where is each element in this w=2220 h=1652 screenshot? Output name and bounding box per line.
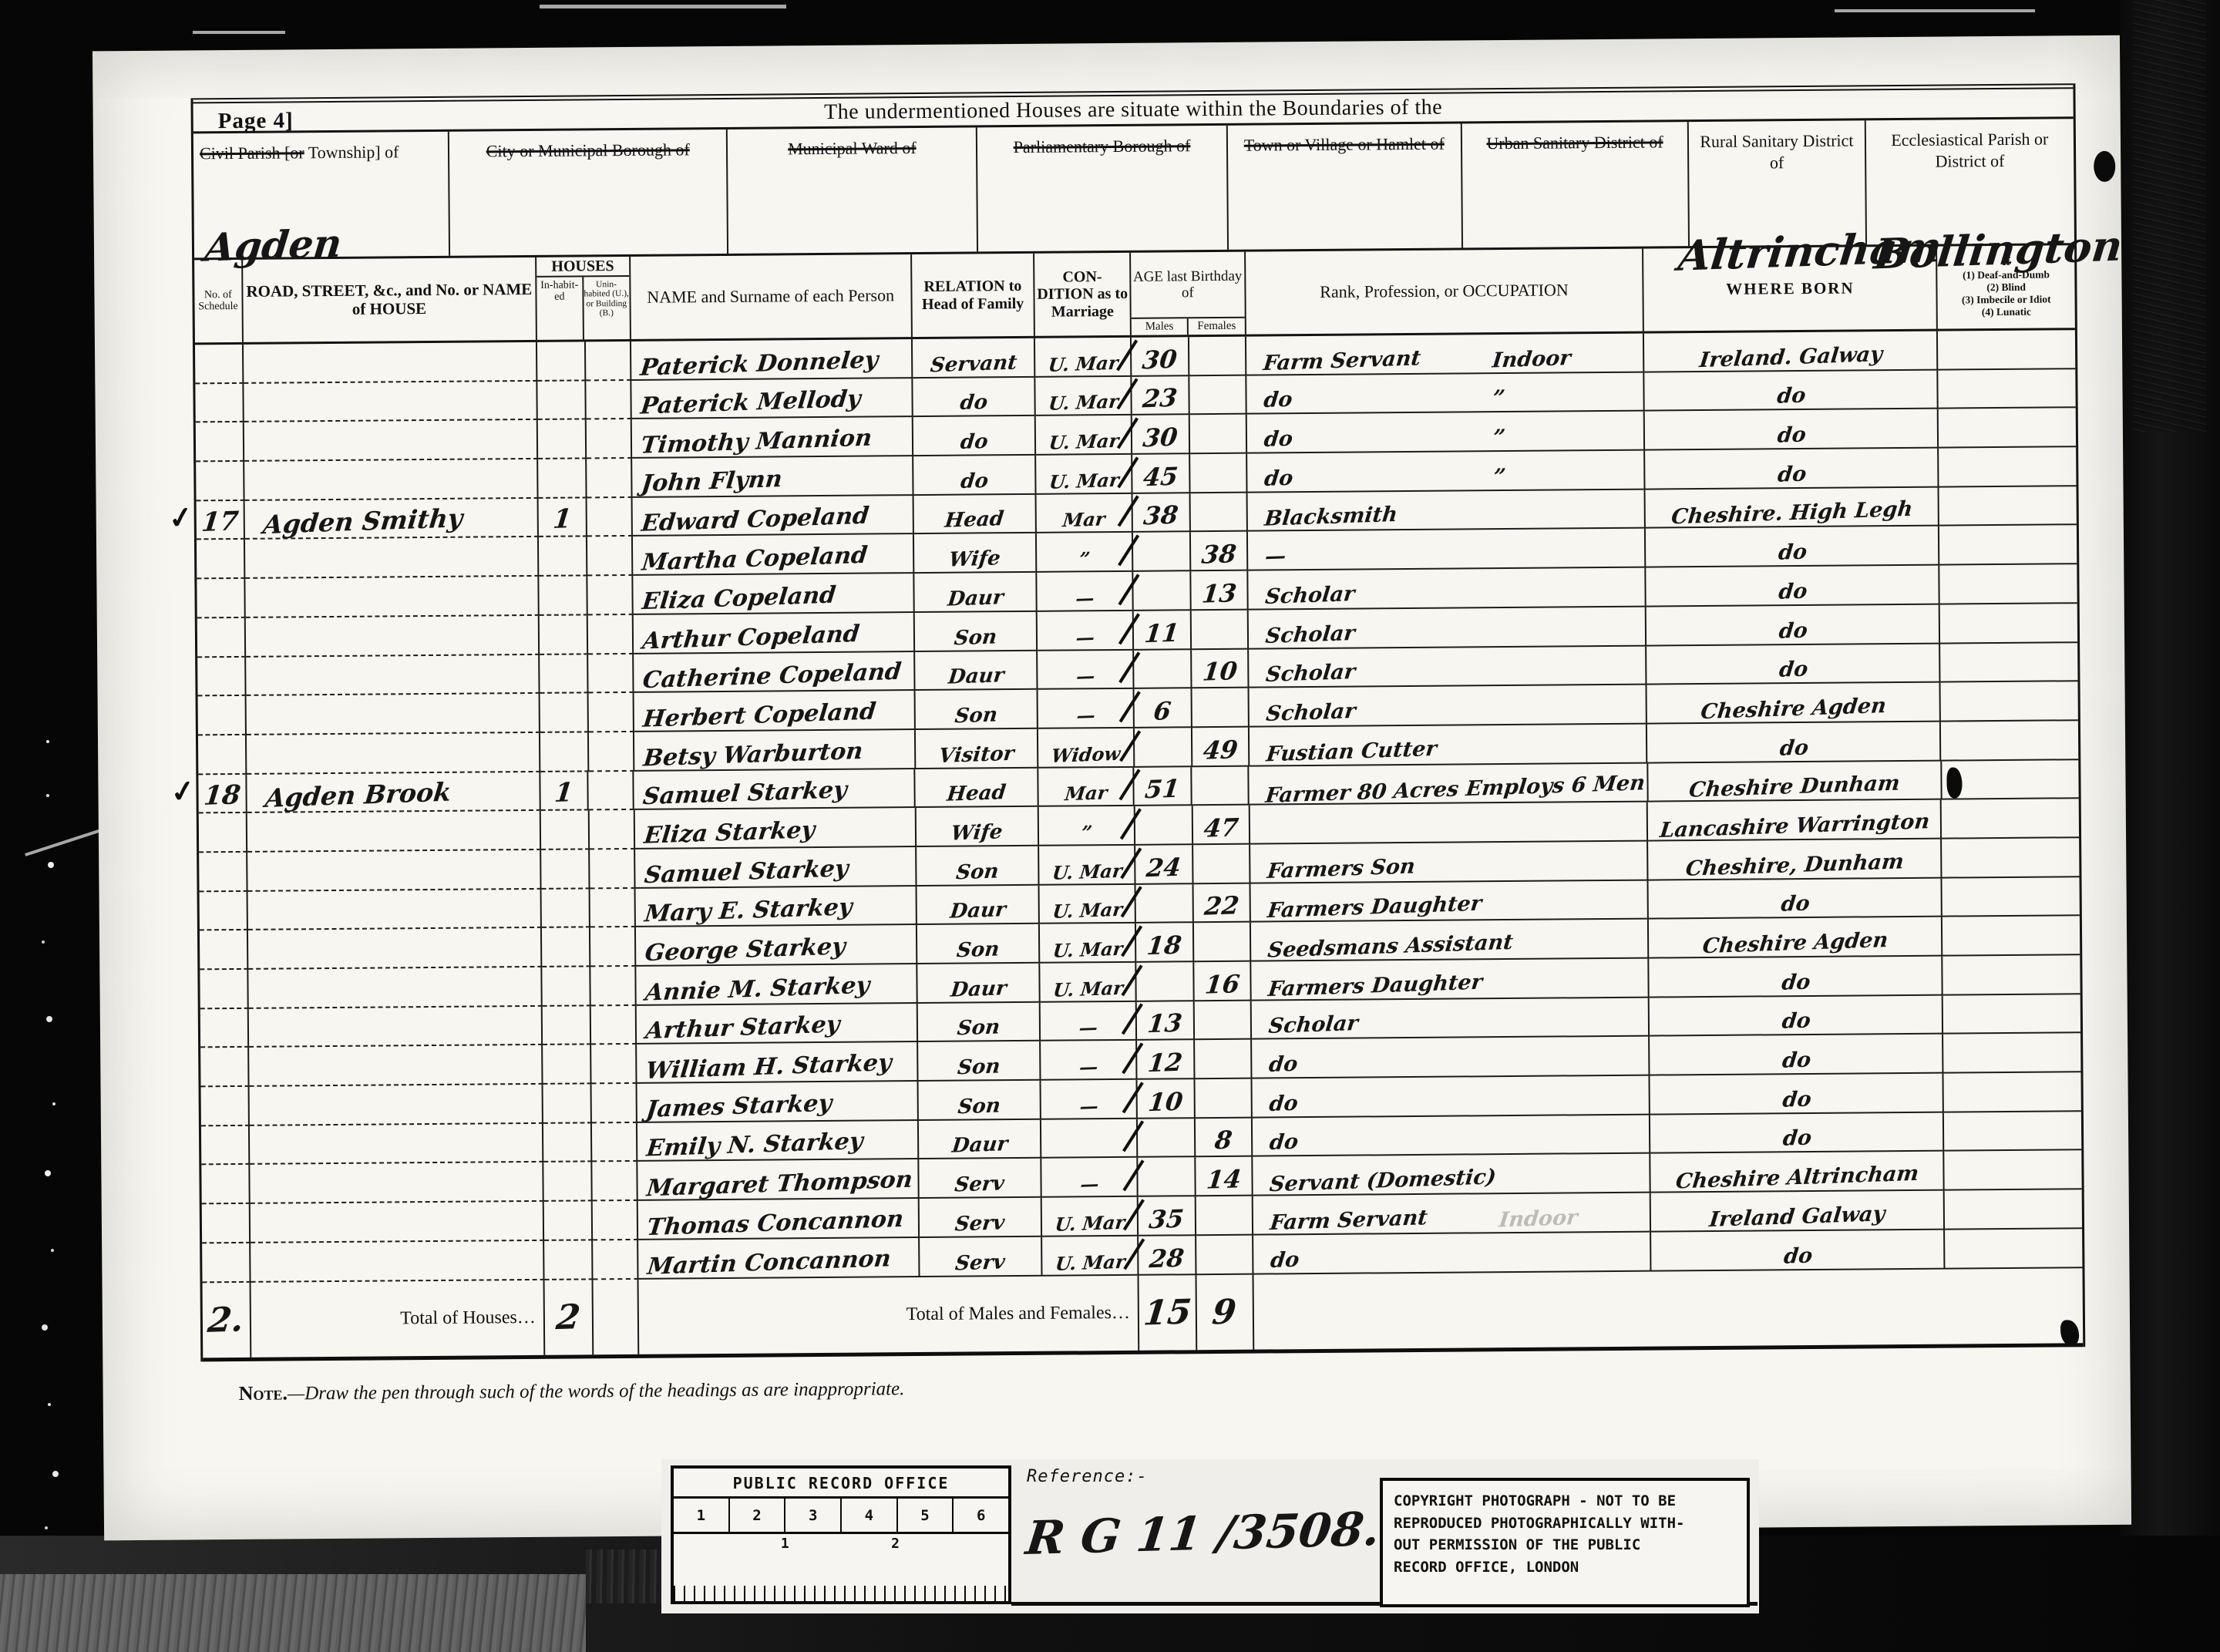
- condition-value: ”: [1080, 821, 1093, 843]
- road-cell: [246, 616, 540, 658]
- person-name: Samuel Starkey: [643, 855, 849, 889]
- occupation-cell: do ”: [1247, 451, 1646, 493]
- age-male-cell: [1136, 962, 1194, 1001]
- born-cell: do: [1646, 527, 1939, 568]
- condition-cell: ”: [1039, 806, 1135, 846]
- age-female-value: 8: [1213, 1125, 1233, 1156]
- person-name: William H. Starkey: [644, 1049, 893, 1085]
- age-male-cell: 10: [1138, 1079, 1196, 1119]
- age-male-cell: 11: [1134, 611, 1192, 650]
- disability-cell: [1939, 526, 2077, 566]
- pro-stamp-inch-scale: 1 2: [674, 1534, 1008, 1601]
- name-cell: Samuel Starkey: [634, 769, 916, 811]
- person-name: Thomas Concannon: [645, 1206, 904, 1241]
- scan-texture-bottom-left: [0, 1574, 586, 1652]
- total-houses-label: Total of Houses…: [400, 1307, 536, 1328]
- condition-value: U. Mar: [1051, 976, 1124, 1001]
- uninhabited-cell: [591, 1084, 637, 1123]
- age-male-value: 10: [1147, 1087, 1185, 1118]
- district-header-row: Civil Parish [or Township] of Agden City…: [193, 119, 2074, 260]
- relation-value: Son: [957, 1055, 1001, 1080]
- birthplace-value: Cheshire Agden: [1701, 928, 1889, 958]
- relation-cell: Serv: [919, 1198, 1042, 1238]
- condition-value: —: [1078, 1055, 1098, 1078]
- scanned-census-page: Page 4] The undermentioned Houses are si…: [0, 0, 2220, 1652]
- birthplace-value: Cheshire, Dunham: [1684, 850, 1905, 881]
- birthplace-value: do: [1780, 970, 1811, 994]
- urban-sanitary-cell: Urban Sanitary District of: [1462, 122, 1690, 247]
- age-female-cell: 38: [1191, 532, 1248, 571]
- census-rows: ✓ Paterick Donneley Servant U. Mar 30 Fa…: [195, 330, 2082, 1283]
- disability-cell: [1939, 409, 2076, 449]
- condition-value: U. Mar: [1051, 859, 1123, 883]
- schedule-number: 17: [200, 506, 240, 539]
- name-cell: Mary E. Starkey: [635, 887, 917, 928]
- age-male-cell: 6: [1135, 688, 1192, 728]
- col-age-title: AGE last Birthday of: [1131, 252, 1244, 318]
- relation-value: do: [960, 469, 990, 493]
- total-males-value: 15: [1142, 1292, 1193, 1333]
- person-name: Martin Concannon: [646, 1245, 893, 1280]
- schedule-cell: ✓: [197, 657, 246, 696]
- uninhabited-cell: [593, 1240, 638, 1280]
- inhabited-cell: [540, 694, 588, 733]
- road-cell: [251, 1202, 544, 1243]
- condition-value: —: [1075, 587, 1095, 610]
- name-cell: John Flynn: [632, 456, 913, 498]
- scale-number: 5: [898, 1499, 954, 1532]
- person-name: Arthur Starkey: [644, 1011, 840, 1045]
- disability-cell: [1942, 917, 2080, 957]
- scale-number: 3: [785, 1499, 842, 1532]
- road-cell: [250, 1124, 543, 1166]
- disability-cell: [1939, 486, 2077, 527]
- born-cell: do: [1652, 1230, 1946, 1271]
- age-male-cell: [1136, 884, 1194, 924]
- total-males-females-label: Total of Males and Females…: [906, 1302, 1130, 1324]
- uninhabited-cell: [588, 615, 634, 654]
- occupation-value: do: [1268, 1130, 1299, 1155]
- road-cell: [248, 967, 542, 1009]
- uninhabited-cell: [590, 810, 635, 850]
- name-cell: Margaret Thompson: [637, 1159, 919, 1201]
- condition-cell: ”: [1037, 533, 1133, 573]
- age-female-cell: [1192, 766, 1249, 806]
- age-male-cell: [1138, 1119, 1196, 1158]
- name-cell: Betsy Warburton: [634, 730, 916, 772]
- occupation-cell: Scholar: [1248, 607, 1646, 649]
- occupation-cell: Servant (Domestic): [1253, 1154, 1651, 1196]
- relation-value: Daur: [949, 977, 1007, 1001]
- person-name: Catherine Copeland: [641, 658, 903, 694]
- uninhabited-cell: [591, 1045, 637, 1084]
- occupation-cell: Fustian Cutter: [1250, 724, 1648, 766]
- relation-value: Serv: [954, 1172, 1006, 1196]
- relation-cell: Serv: [920, 1237, 1043, 1277]
- occupation-value: Scholar: [1264, 621, 1356, 648]
- scale-number: 4: [842, 1499, 898, 1532]
- occupation-cell: do: [1253, 1232, 1652, 1274]
- name-cell: George Starkey: [636, 925, 917, 967]
- born-cell: do: [1647, 644, 1941, 685]
- name-cell: Samuel Starkey: [635, 847, 917, 889]
- uninhabited-cell: [588, 654, 634, 693]
- birthplace-value: Cheshire Agden: [1700, 694, 1888, 724]
- inhabited-cell: [537, 342, 586, 381]
- relation-cell: Head: [913, 495, 1037, 535]
- occupation-cell: Scholar: [1249, 685, 1647, 728]
- scale-number: 2: [730, 1499, 786, 1532]
- occupation-value: Scholar: [1265, 699, 1357, 726]
- schedule-cell: ✓ 17: [197, 501, 245, 540]
- pro-stamp-title: PUBLIC RECORD OFFICE: [674, 1469, 1008, 1499]
- relation-cell: Wife: [914, 533, 1038, 574]
- inhabited-cell: 1: [540, 772, 589, 811]
- road-cell: [245, 577, 539, 618]
- scan-scratch: [25, 827, 106, 856]
- disability-cell: [1944, 1072, 2081, 1112]
- disability-cell: [1944, 1034, 2081, 1074]
- condition-value: U. Mar: [1047, 351, 1119, 375]
- age-male-value: 23: [1142, 383, 1179, 414]
- scan-streak: [540, 5, 786, 8]
- age-male-cell: [1138, 1158, 1196, 1197]
- inhabited-count: 1: [551, 504, 573, 536]
- uninhabited-cell: [588, 693, 634, 732]
- uninhabited-cell: [592, 1162, 637, 1201]
- disability-cell: [1941, 643, 2078, 683]
- born-cell: Cheshire Altrincham: [1651, 1152, 1945, 1193]
- relation-value: Daur: [947, 664, 1004, 688]
- born-cell: do: [1647, 722, 1941, 763]
- condition-cell: —: [1038, 572, 1134, 612]
- condition-cell: U. Mar: [1036, 416, 1132, 456]
- disability-cell: [1941, 681, 2078, 722]
- age-male-cell: 28: [1139, 1236, 1196, 1275]
- age-male-cell: 38: [1133, 493, 1191, 533]
- inhabited-cell: [539, 577, 587, 616]
- birthplace-value: Cheshire Dunham: [1687, 772, 1901, 802]
- occupation-cell: Farm Servant Indoor: [1246, 334, 1645, 376]
- occupation-value: Fustian Cutter: [1265, 736, 1438, 766]
- relation-cell: Wife: [916, 807, 1039, 847]
- age-female-cell: 22: [1193, 883, 1250, 923]
- age-female-cell: [1192, 688, 1249, 728]
- age-male-cell: 45: [1132, 454, 1190, 493]
- disability-cell: [1944, 1112, 2081, 1152]
- inhabited-count: 1: [553, 777, 575, 809]
- uninhabited-cell: [591, 1006, 637, 1045]
- condition-value: Mar: [1061, 508, 1106, 532]
- age-male-value: 18: [1145, 930, 1183, 961]
- age-female-cell: [1190, 493, 1247, 532]
- occupation-secondary: Indoor: [1491, 346, 1572, 372]
- col-disability-line4: (4) Lunatic: [1982, 306, 2031, 319]
- occupation-cell: [1250, 802, 1648, 845]
- relation-cell: Daur: [919, 1120, 1042, 1160]
- schedule-cell: ✓: [202, 1204, 251, 1243]
- birthplace-value: do: [1778, 735, 1809, 760]
- occupation-value: do: [1263, 427, 1293, 452]
- schedule-cell: ✓: [201, 1126, 250, 1166]
- inhabited-cell: [539, 537, 587, 577]
- inhabited-cell: [542, 928, 590, 967]
- name-cell: Timothy Mannion: [631, 417, 913, 459]
- relation-cell: Son: [917, 846, 1040, 887]
- relation-cell: Daur: [917, 964, 1041, 1004]
- schedule-cell: ✓: [197, 618, 246, 658]
- birthplace-value: do: [1776, 423, 1807, 448]
- born-cell: do: [1650, 957, 1943, 998]
- disability-cell: [1942, 799, 2079, 839]
- born-cell: Cheshire Dunham: [1648, 761, 1942, 802]
- born-cell: Ireland. Galway: [1644, 331, 1938, 373]
- age-female-cell: [1190, 415, 1247, 454]
- disability-cell: [1945, 1151, 2082, 1191]
- disability-cell: [1941, 721, 2078, 761]
- uninhabited-cell: [586, 381, 631, 420]
- occupation-cell: Blacksmith: [1247, 490, 1646, 532]
- birthplace-value: do: [1777, 540, 1808, 565]
- born-cell: Cheshire, Dunham: [1649, 839, 1942, 881]
- age-male-cell: 30: [1132, 416, 1190, 455]
- disability-cell: [1945, 1189, 2082, 1230]
- total-houses-value-cell: 2: [544, 1280, 594, 1354]
- age-male-value: 30: [1142, 422, 1179, 453]
- municipal-ward-cell: Municipal Ward of: [728, 127, 978, 254]
- totals-row: 2. Total of Houses… 2 Total of Males and…: [203, 1268, 2084, 1361]
- age-female-cell: 49: [1192, 728, 1250, 767]
- condition-cell: —: [1042, 1158, 1139, 1198]
- relation-cell: Head: [915, 768, 1038, 808]
- relation-cell: Daur: [915, 651, 1038, 691]
- relation-cell: do: [913, 416, 1036, 456]
- born-cell: do: [1650, 1035, 1944, 1076]
- age-female-value: 22: [1202, 890, 1240, 921]
- age-female-cell: [1194, 923, 1251, 962]
- road-cell: [248, 928, 542, 970]
- relation-value: Son: [957, 1094, 1001, 1119]
- born-cell: Cheshire. High Legh: [1646, 487, 1939, 529]
- age-male-cell: 12: [1137, 1041, 1195, 1080]
- road-cell: [251, 1241, 544, 1283]
- road-cell: [244, 342, 537, 384]
- schedule-cell: ✓: [200, 970, 248, 1009]
- birthplace-value: Lancashire Warrington: [1658, 809, 1930, 843]
- age-female-cell: 13: [1191, 571, 1248, 611]
- relation-value: Wife: [948, 547, 1002, 571]
- born-cell: do: [1649, 878, 1942, 920]
- inhabited-cell: [540, 732, 589, 772]
- footnote-text: —Draw the pen through such of the words …: [288, 1378, 905, 1404]
- condition-cell: —: [1038, 611, 1134, 651]
- condition-value: —: [1075, 665, 1096, 688]
- name-cell: Catherine Copeland: [634, 652, 915, 694]
- road-cell: [249, 1085, 543, 1126]
- person-name: Mary E. Starkey: [643, 894, 853, 928]
- copyright-line: COPYRIGHT PHOTOGRAPH - NOT TO BE: [1394, 1490, 1736, 1512]
- person-name: Eliza Copeland: [641, 581, 837, 615]
- relation-value: Head: [944, 508, 1006, 533]
- rural-sanitary-cell: Rural Sanitary District of Altrincham: [1689, 120, 1867, 246]
- uninhabited-cell: [592, 1123, 637, 1162]
- occupation-cell: do ”: [1246, 412, 1645, 454]
- condition-value: Widow: [1051, 742, 1122, 766]
- age-female-cell: [1190, 454, 1247, 493]
- disability-cell: [1943, 955, 2080, 995]
- road-cell: [245, 537, 539, 579]
- col-inhabited: In-habit-ed: [536, 278, 584, 340]
- uninhabited-cell: [587, 576, 633, 615]
- occupation-cell: Farmers Daughter: [1251, 959, 1650, 1001]
- age-female-value: 16: [1203, 969, 1241, 1000]
- uninhabited-cell: [590, 889, 635, 928]
- schedule-cell: ✓: [199, 813, 247, 853]
- disability-cell: [1939, 369, 2076, 409]
- name-cell: Eliza Starkey: [634, 808, 916, 850]
- uninhabited-cell: [589, 771, 634, 810]
- occupation-value: Scholar: [1264, 660, 1356, 687]
- footnote-prefix: Note.: [239, 1381, 288, 1404]
- disability-cell: [1942, 877, 2080, 917]
- age-female-cell: 10: [1192, 649, 1249, 688]
- born-cell: Ireland Galway: [1651, 1191, 1945, 1233]
- col-age: AGE last Birthday of Males Females: [1131, 252, 1246, 335]
- birthplace-value: do: [1781, 1009, 1811, 1034]
- road-cell: Agden Brook: [247, 772, 540, 813]
- condition-value: U. Mar: [1054, 1211, 1126, 1236]
- copyright-line: OUT PERMISSION OF THE PUBLIC: [1394, 1534, 1736, 1556]
- condition-cell: [1041, 1119, 1138, 1159]
- uninhabited-cell: [586, 342, 631, 381]
- relation-cell: Daur: [917, 885, 1040, 925]
- age-male-value: 24: [1145, 852, 1182, 883]
- birthplace-value: Ireland. Galway: [1698, 342, 1883, 372]
- name-cell: Herbert Copeland: [634, 691, 915, 732]
- occupation-cell: Farm Servant Indoor: [1253, 1193, 1651, 1236]
- age-male-cell: 18: [1136, 924, 1194, 963]
- age-male-cell: [1133, 533, 1191, 572]
- road-cell: [244, 459, 538, 501]
- occupation-value: do: [1267, 1052, 1298, 1077]
- age-female-cell: [1193, 845, 1250, 884]
- person-name: Paterick Mellody: [639, 385, 862, 420]
- relation-value: Son: [956, 937, 1001, 962]
- col-name: NAME and Surname of each Person: [631, 254, 913, 339]
- relation-value: Servant: [929, 351, 1017, 377]
- age-female-cell: [1195, 1001, 1252, 1040]
- town-village-cell: Town or Village or Hamlet of: [1227, 123, 1463, 249]
- col-disability-line3: (3) Imbecile or Idiot: [1962, 293, 2051, 306]
- condition-value: U. Mar: [1051, 898, 1124, 923]
- born-cell: Cheshire Agden: [1647, 683, 1941, 725]
- occupation-value: do: [1269, 1247, 1300, 1272]
- person-name: Samuel Starkey: [642, 777, 849, 811]
- relation-cell: do: [913, 456, 1037, 496]
- relation-cell: Son: [918, 1081, 1041, 1121]
- condition-cell: —: [1038, 650, 1134, 690]
- check-mark: ✓: [166, 500, 196, 537]
- person-name: Margaret Thompson: [645, 1166, 913, 1203]
- age-female-value: 47: [1202, 813, 1239, 843]
- scale-number: 1: [674, 1499, 730, 1532]
- inhabited-cell: [540, 615, 588, 654]
- age-male-value: 13: [1146, 1008, 1184, 1039]
- relation-value: Daur: [949, 899, 1007, 924]
- age-female-cell: [1189, 337, 1246, 376]
- relation-cell: Son: [917, 924, 1041, 964]
- condition-value: U. Mar: [1051, 937, 1124, 962]
- road-name: Agden Smithy: [261, 503, 464, 540]
- age-male-cell: 30: [1132, 337, 1189, 376]
- inhabited-cell: [540, 654, 588, 694]
- road-name: Agden Brook: [264, 777, 452, 813]
- relation-cell: Son: [915, 690, 1038, 730]
- name-cell: Emily N. Starkey: [637, 1121, 919, 1162]
- age-female-cell: [1192, 610, 1249, 649]
- condition-cell: Mar: [1037, 494, 1133, 534]
- parliamentary-borough-label: Parliamentary Borough of: [1014, 136, 1191, 156]
- col-houses: HOUSES In-habit-ed Unin-habited (U.), or…: [536, 257, 631, 340]
- totals-empty-cell: [1253, 1268, 2083, 1349]
- inhabited-cell: [543, 1045, 591, 1085]
- age-male-value: 45: [1142, 462, 1179, 493]
- occupation-cell: do: [1252, 1037, 1650, 1079]
- condition-cell: U. Mar: [1041, 963, 1137, 1003]
- person-name: John Flynn: [640, 466, 783, 497]
- age-male-value: 6: [1152, 696, 1172, 726]
- occupation-value: do: [1263, 466, 1293, 490]
- age-female-cell: [1189, 375, 1246, 415]
- occupation-cell: Farmers Son: [1250, 842, 1649, 884]
- inhabited-cell: [538, 420, 587, 459]
- birthplace-value: do: [1777, 579, 1808, 604]
- inhabited-cell: [544, 1240, 593, 1280]
- born-cell: Cheshire Agden: [1649, 917, 1942, 959]
- relation-value: Son: [954, 703, 998, 728]
- parliamentary-borough-cell: Parliamentary Borough of: [977, 126, 1228, 252]
- relation-value: Wife: [950, 820, 1004, 845]
- road-cell: [244, 420, 538, 462]
- public-record-office-stamp: PUBLIC RECORD OFFICE 1 2 3 4 5 6 1 2: [671, 1465, 1011, 1604]
- col-condition: CON-DITION as to Marriage: [1034, 253, 1132, 336]
- uninhabited-cell: [590, 967, 636, 1006]
- disability-cell: [1940, 564, 2077, 604]
- age-male-cell: [1134, 650, 1192, 689]
- relation-value: Serv: [954, 1211, 1007, 1236]
- condition-value: —: [1078, 1095, 1099, 1118]
- condition-value: —: [1079, 1173, 1100, 1196]
- schedule-cell: ✓ 18: [198, 774, 247, 813]
- total-uninhabited-cell: [593, 1279, 639, 1354]
- disability-cell: [1939, 447, 2077, 487]
- schedule-cell: ✓: [200, 1048, 249, 1087]
- uninhabited-cell: [590, 927, 636, 967]
- schedule-cell: ✓: [197, 540, 245, 579]
- born-cell: do: [1645, 409, 1939, 451]
- occupation-value: Scholar: [1267, 1011, 1359, 1038]
- relation-value: Daur: [950, 1133, 1008, 1158]
- reference-value: R G 11 /3508.: [1023, 1502, 1383, 1566]
- relation-value: do: [959, 430, 989, 454]
- inhabited-cell: [541, 850, 590, 889]
- relation-value: Daur: [946, 586, 1004, 611]
- inhabited-cell: [543, 1123, 592, 1162]
- condition-cell: —: [1041, 1080, 1138, 1120]
- birthplace-value: do: [1778, 618, 1808, 643]
- uninhabited-cell: [587, 537, 633, 576]
- copyright-line: RECORD OFFICE, LONDON: [1394, 1556, 1736, 1579]
